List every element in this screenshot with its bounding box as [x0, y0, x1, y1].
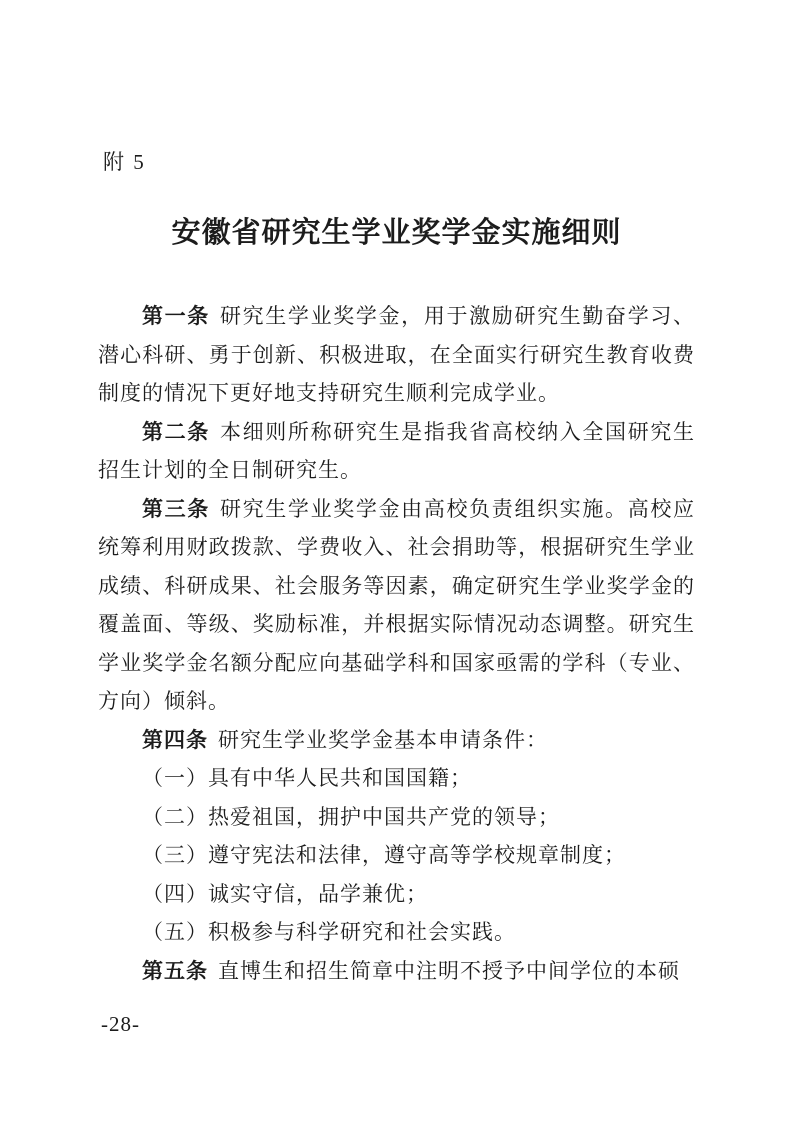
article-1-paragraph: 第一条研究生学业奖学金，用于激励研究生勤奋学习、潜心科研、勇于创新、积极进取，在… [98, 297, 695, 413]
article-3-number: 第三条 [142, 497, 210, 521]
condition-item-3: （三）遵守宪法和法律，遵守高等学校规章制度； [98, 836, 695, 875]
article-5-text: 直博生和招生简章中注明不授予中间学位的本硕 [218, 959, 680, 983]
attachment-label: 附 5 [103, 146, 146, 176]
condition-item-5: （五）积极参与科学研究和社会实践。 [98, 913, 695, 952]
document-title: 安徽省研究生学业奖学金实施细则 [0, 210, 793, 251]
condition-item-4: （四）诚实守信，品学兼优； [98, 875, 695, 914]
page-number: -28- [101, 1012, 140, 1037]
document-body: 第一条研究生学业奖学金，用于激励研究生勤奋学习、潜心科研、勇于创新、积极进取，在… [98, 297, 695, 990]
document-page: 附 5 安徽省研究生学业奖学金实施细则 第一条研究生学业奖学金，用于激励研究生勤… [0, 0, 793, 1122]
article-2-paragraph: 第二条本细则所称研究生是指我省高校纳入全国研究生招生计划的全日制研究生。 [98, 413, 695, 490]
article-1-number: 第一条 [142, 304, 210, 328]
article-4-text: 研究生学业奖学金基本申请条件： [218, 728, 548, 752]
article-2-number: 第二条 [142, 420, 210, 444]
condition-item-1: （一）具有中华人民共和国国籍； [98, 759, 695, 798]
article-3-paragraph: 第三条研究生学业奖学金由高校负责组织实施。高校应统筹利用财政拨款、学费收入、社会… [98, 490, 695, 721]
article-5-number: 第五条 [142, 959, 208, 983]
article-5-paragraph: 第五条直博生和招生简章中注明不授予中间学位的本硕 [98, 952, 695, 991]
condition-item-2: （二）热爱祖国，拥护中国共产党的领导； [98, 798, 695, 837]
article-4-paragraph: 第四条研究生学业奖学金基本申请条件： [98, 721, 695, 760]
article-4-number: 第四条 [142, 728, 208, 752]
article-3-text: 研究生学业奖学金由高校负责组织实施。高校应统筹利用财政拨款、学费收入、社会捐助等… [98, 497, 695, 714]
